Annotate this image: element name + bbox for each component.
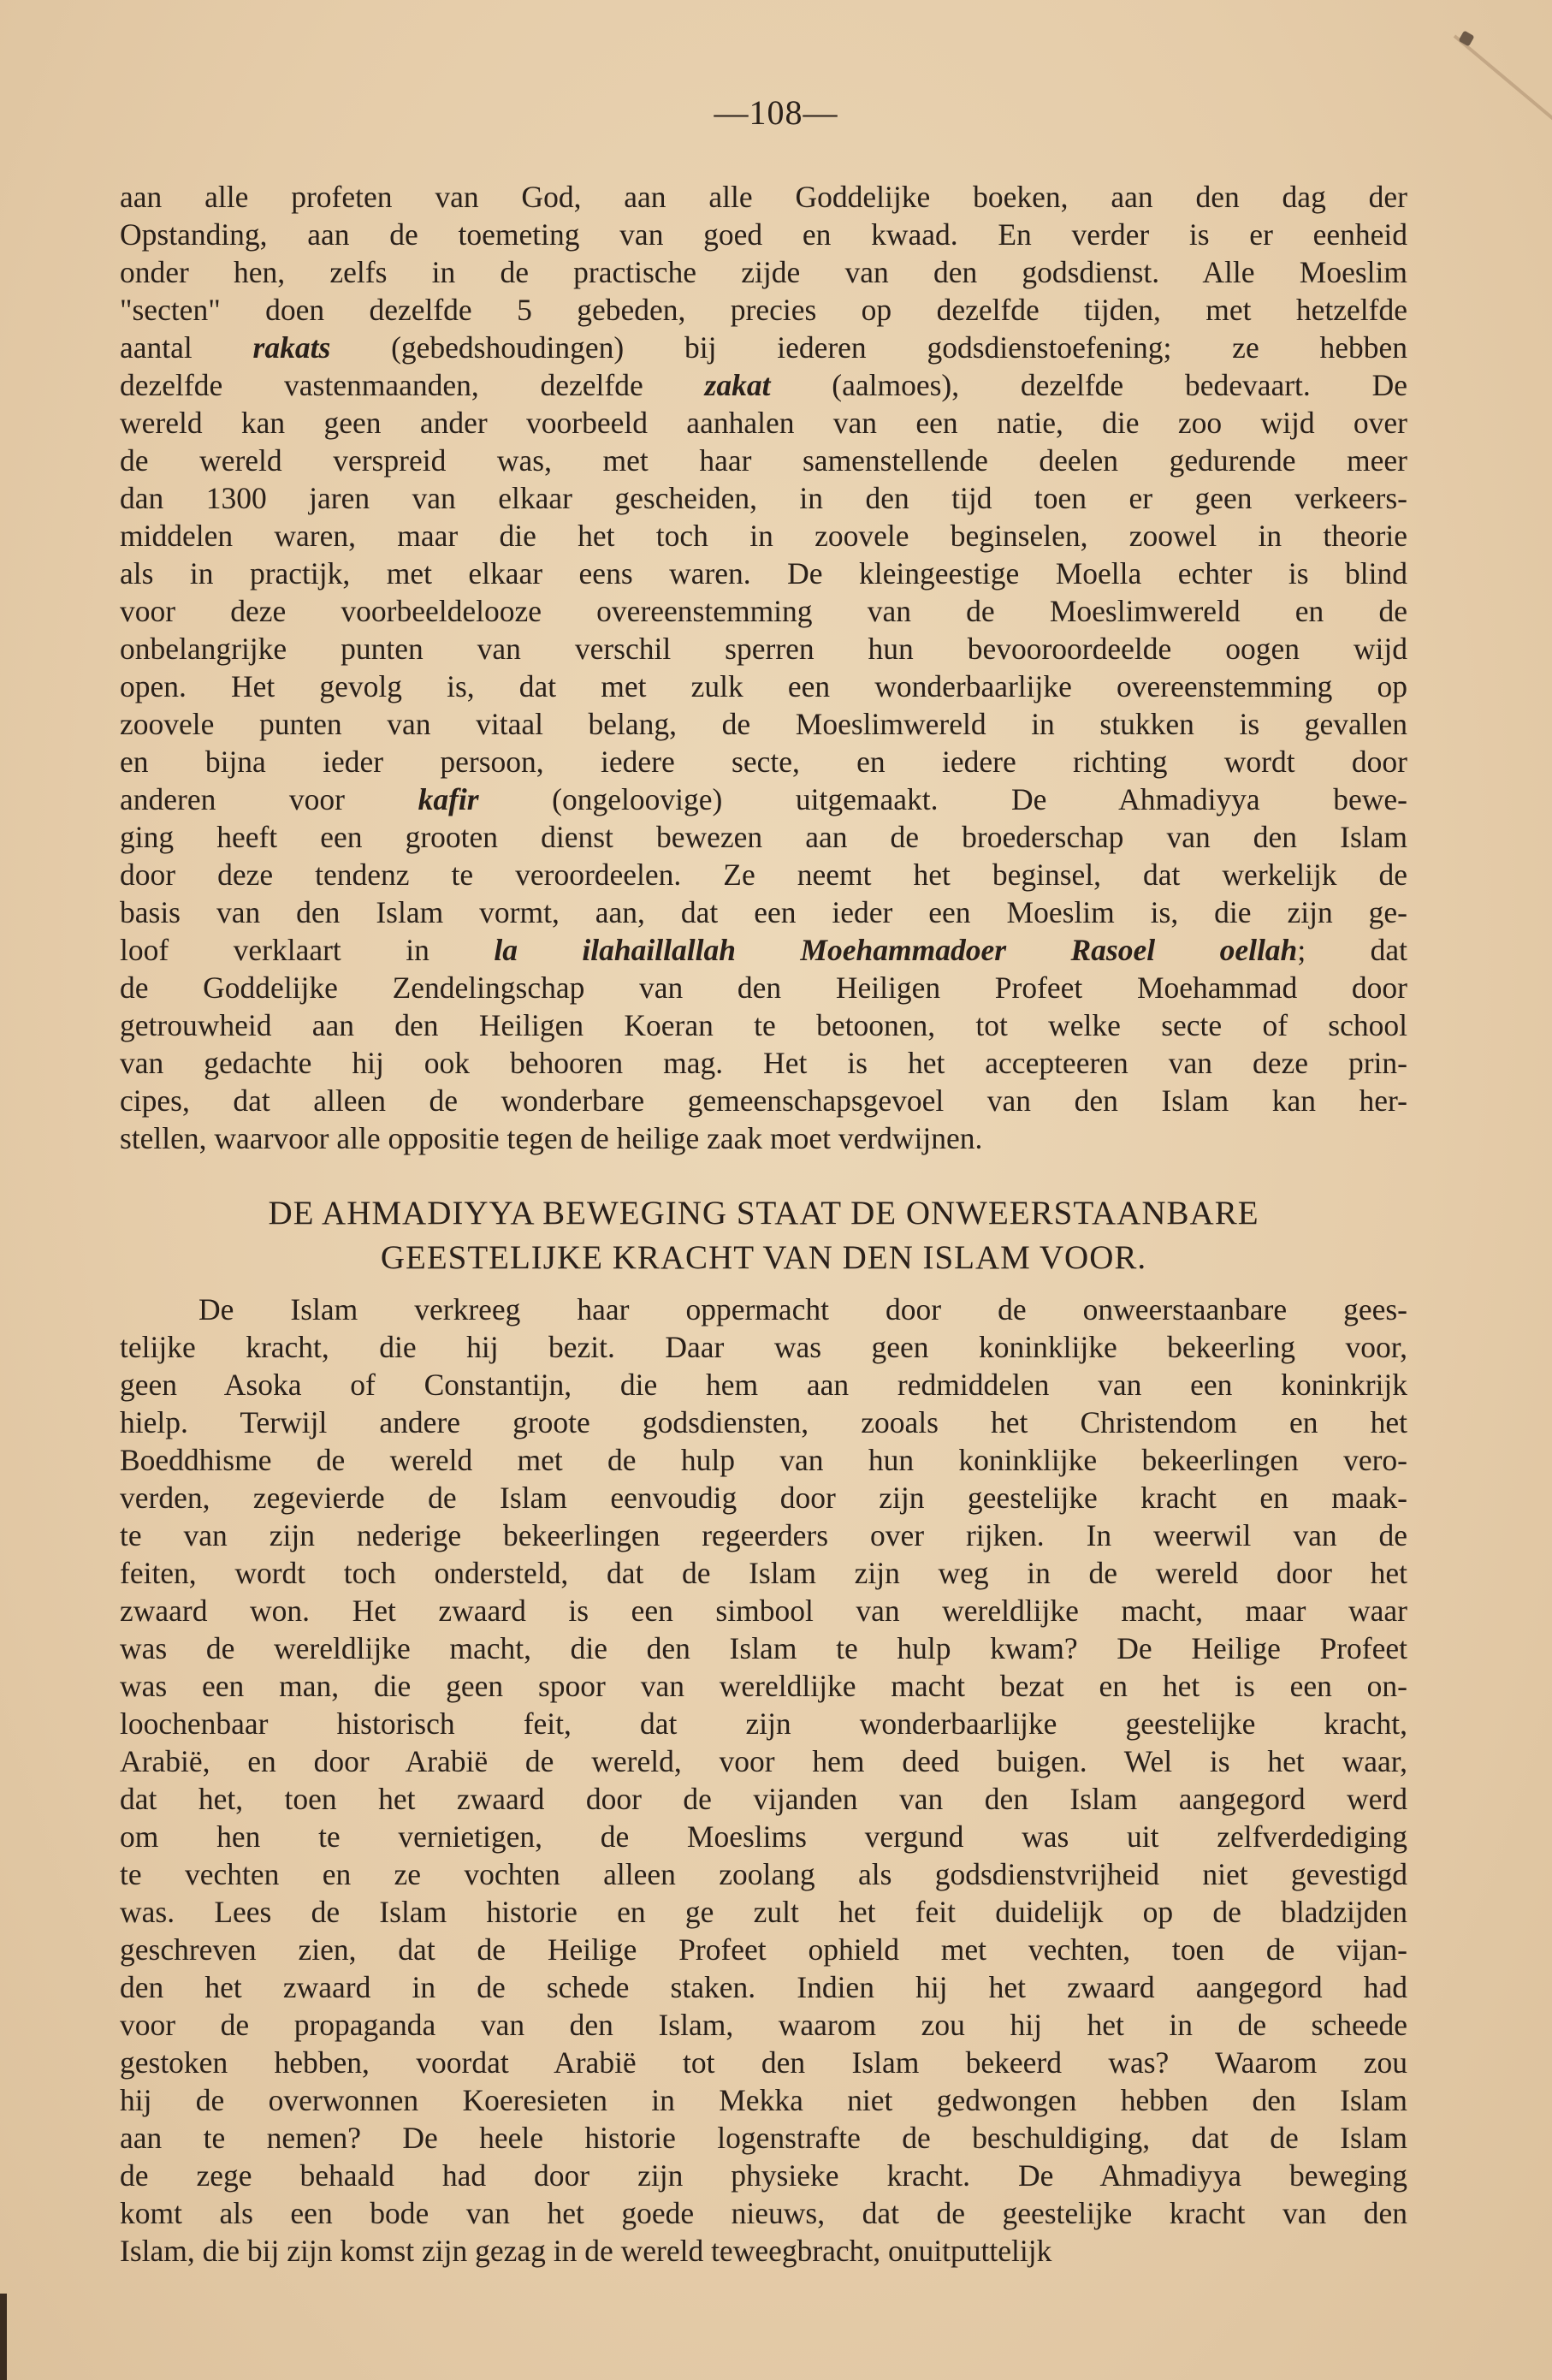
text-line: de wereld verspreid was, met haar samens… [120, 442, 1407, 479]
text-line: wereld kan geen ander voorbeeld aanhalen… [120, 404, 1407, 442]
text-line: te van zijn nederige bekeerlingen regeer… [120, 1516, 1407, 1554]
text-line: aantal rakats (gebedshoudingen) bij iede… [120, 329, 1407, 366]
text-line: De Islam verkreeg haar oppermacht door d… [120, 1291, 1407, 1328]
text-line: "secten" doen dezelfde 5 gebeden, precie… [120, 291, 1407, 329]
text-line: voor de propaganda van den Islam, waarom… [120, 2006, 1407, 2044]
text-line: de zege behaald had door zijn physieke k… [120, 2157, 1407, 2194]
text-line: hielp. Terwijl andere groote godsdienste… [120, 1404, 1407, 1441]
text-line: was de wereldlijke macht, die den Islam … [120, 1629, 1407, 1667]
text-line: stellen, waarvoor alle oppositie tegen d… [120, 1119, 1407, 1157]
text-line: dan 1300 jaren van elkaar gescheiden, in… [120, 479, 1407, 517]
text-line: als in practijk, met elkaar eens waren. … [120, 555, 1407, 592]
text-line: voor deze voorbeeldelooze overeenstemmin… [120, 592, 1407, 630]
section-heading: DE AHMADIYYA BEWEGING STAAT DE ONWEERSTA… [120, 1191, 1407, 1280]
page-edge-shadow [0, 2294, 7, 2380]
text-line: geen Asoka of Constantijn, die hem aan r… [120, 1366, 1407, 1404]
text-line: getrouwheid aan den Heiligen Koeran te b… [120, 1006, 1407, 1044]
text-line: telijke kracht, die hij bezit. Daar was … [120, 1328, 1407, 1366]
text-line: Opstanding, aan de toemeting van goed en… [120, 216, 1407, 253]
text-line: den het zwaard in de schede staken. Indi… [120, 1968, 1407, 2006]
text-line: aan te nemen? De heele historie logenstr… [120, 2119, 1407, 2157]
text-line: om hen te vernietigen, de Moeslims vergu… [120, 1818, 1407, 1855]
text-line: en bijna ieder persoon, iedere secte, en… [120, 743, 1407, 780]
text-line: hij de overwonnen Koeresieten in Mekka n… [120, 2081, 1407, 2119]
text-line: te vechten en ze vochten alleen zoolang … [120, 1855, 1407, 1893]
text-line: geschreven zien, dat de Heilige Profeet … [120, 1931, 1407, 1968]
foreign-term: zakat [705, 368, 771, 402]
text-line: was een man, die geen spoor van wereldli… [120, 1667, 1407, 1705]
text-line: feiten, wordt toch ondersteld, dat de Is… [120, 1554, 1407, 1592]
text-line: komt als een bode van het goede nieuws, … [120, 2194, 1407, 2232]
section-heading-line-2: GEESTELIJKE KRACHT VAN DEN ISLAM VOOR. [120, 1236, 1407, 1280]
text-line: gestoken hebben, voordat Arabië tot den … [120, 2044, 1407, 2081]
text-line: zoovele punten van vitaal belang, de Moe… [120, 705, 1407, 743]
text-line: zwaard won. Het zwaard is een simbool va… [120, 1592, 1407, 1629]
foreign-term: la ilahaillallah Moehammadoer Rasoel oel… [494, 933, 1297, 967]
book-page: —108— aan alle profeten van God, aan all… [0, 0, 1552, 2380]
text-line: van gedachte hij ook behooren mag. Het i… [120, 1044, 1407, 1082]
text-line: Arabië, en door Arabië de wereld, voor h… [120, 1742, 1407, 1780]
page-number: —108— [0, 92, 1552, 133]
paragraph-2: De Islam verkreeg haar oppermacht door d… [120, 1291, 1407, 2270]
text-line: ging heeft een grooten dienst bewezen aa… [120, 818, 1407, 856]
text-line: Islam, die bij zijn komst zijn gezag in … [120, 2232, 1407, 2270]
text-line: aan alle profeten van God, aan alle Godd… [120, 178, 1407, 216]
text-line: was. Lees de Islam historie en ge zult h… [120, 1893, 1407, 1931]
foreign-term: kafir [418, 782, 479, 816]
text-line: onder hen, zelfs in de practische zijde … [120, 253, 1407, 291]
text-line: cipes, dat alleen de wonderbare gemeensc… [120, 1082, 1407, 1119]
foreign-term: rakats [253, 330, 331, 365]
text-line: anderen voor kafir (ongeloovige) uitgema… [120, 780, 1407, 818]
text-line: loof verklaart in la ilahaillallah Moeha… [120, 931, 1407, 969]
text-line: door deze tendenz te veroordeelen. Ze ne… [120, 856, 1407, 893]
text-line: verden, zegevierde de Islam eenvoudig do… [120, 1479, 1407, 1516]
text-line: middelen waren, maar die het toch in zoo… [120, 517, 1407, 555]
text-line: basis van den Islam vormt, aan, dat een … [120, 893, 1407, 931]
text-line: dezelfde vastenmaanden, dezelfde zakat (… [120, 366, 1407, 404]
paper-spot [1458, 30, 1474, 46]
paragraph-1: aan alle profeten van God, aan alle Godd… [120, 178, 1407, 1157]
text-line: open. Het gevolg is, dat met zulk een wo… [120, 668, 1407, 705]
text-line: Boeddhisme de wereld met de hulp van hun… [120, 1441, 1407, 1479]
text-line: de Goddelijke Zendelingschap van den Hei… [120, 969, 1407, 1006]
text-line: loochenbaar historisch feit, dat zijn wo… [120, 1705, 1407, 1742]
section-heading-line-1: DE AHMADIYYA BEWEGING STAAT DE ONWEERSTA… [120, 1191, 1407, 1236]
text-line: dat het, toen het zwaard door de vijande… [120, 1780, 1407, 1818]
text-line: onbelangrijke punten van verschil sperre… [120, 630, 1407, 668]
